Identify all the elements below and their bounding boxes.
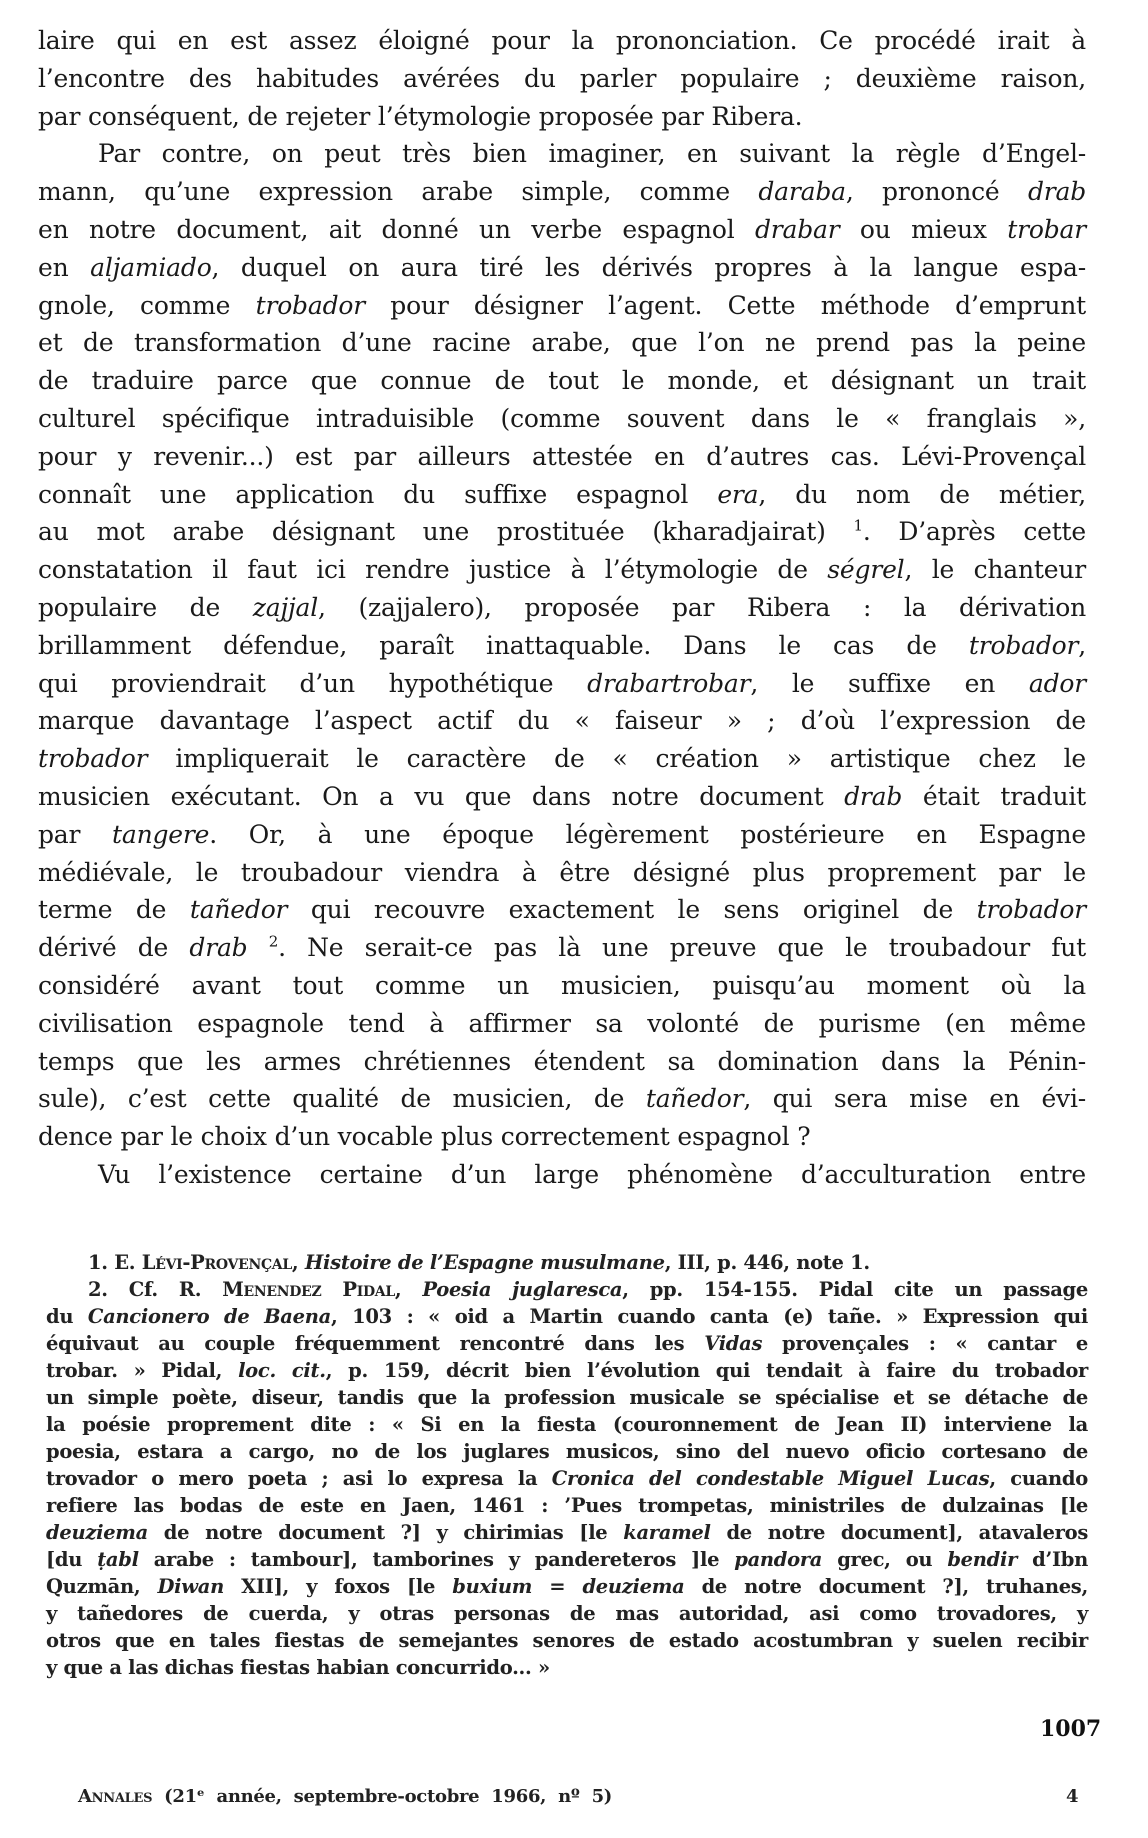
text-run: Vu l’existence certaine d’un large phéno… (98, 1160, 1086, 1189)
text-run: , 103 : « oid a Martin cuando canta (e) … (331, 1305, 1088, 1328)
text-line: qui proviendrait d’un hypothétique draba… (38, 665, 1086, 703)
text-run: , (395, 1278, 422, 1301)
text-run: , III, p. 446, note 1. (665, 1251, 870, 1274)
text-line: pour y revenir...) est par ailleurs atte… (38, 438, 1086, 476)
text-run: considéré avant tout comme un musicien, … (38, 971, 1086, 1000)
text-line: culturel spécifique intraduisible (comme… (38, 400, 1086, 438)
text-run: sule), c’est cette qualité de musicien, … (38, 1084, 646, 1113)
journal-issue-details: (21ᵉ année, septembre-octobre 1966, nº 5… (152, 1786, 612, 1807)
text-run: par conséquent, de rejeter l’étymologie … (38, 102, 802, 131)
footnote-line: poesia, estara a cargo, no de los juglar… (46, 1438, 1088, 1465)
text-line: de traduire parce que connue de tout le … (38, 362, 1086, 400)
footnote-line: 2. Cf. R. Menendez Pidal, Poesia juglare… (46, 1276, 1088, 1303)
document-page: laire qui en est assez éloigné pour la p… (0, 0, 1148, 1838)
text-run: la poésie proprement dite : « Si en la f… (46, 1413, 1088, 1436)
text-run: , le suffixe en (750, 669, 1029, 698)
text-run: . Ne serait-ce pas là une preuve que le … (278, 933, 1086, 962)
text-run: culturel spécifique intraduisible (comme… (38, 404, 1086, 433)
italic-term: pandora (734, 1548, 822, 1571)
italic-term: loc. cit. (238, 1359, 326, 1382)
text-run: , (292, 1251, 305, 1274)
italic-term: deuziema (46, 1521, 148, 1544)
text-line: au mot arabe désignant une prostituée (k… (38, 513, 1086, 551)
text-run: trovador o mero poeta ; asi lo expresa l… (46, 1467, 552, 1490)
text-run: constatation il faut ici rendre justice … (38, 555, 827, 584)
text-run: terme de (38, 895, 190, 924)
text-run: et de transformation d’une racine arabe,… (38, 328, 1086, 357)
text-line: par tangere. Or, à une époque légèrement… (38, 816, 1086, 854)
text-run: mann, qu’une expression arabe simple, co… (38, 177, 758, 206)
text-line: Vu l’existence certaine d’un large phéno… (38, 1156, 1086, 1194)
text-run: laire qui en est assez éloigné pour la p… (38, 26, 1086, 55)
text-run: de notre document ?] y chirimias [le (148, 1521, 623, 1544)
italic-term: Cronica del condestable Miguel Lucas (552, 1467, 990, 1490)
text-run: gnole, comme (38, 291, 256, 320)
text-run: grec, ou (822, 1548, 947, 1571)
text-run: du (46, 1305, 88, 1328)
text-run: connaît une application du suffixe espag… (38, 480, 717, 509)
text-line: sule), c’est cette qualité de musicien, … (38, 1080, 1086, 1118)
text-run: y tañedores de cuerda, y otras personas … (46, 1602, 1088, 1625)
text-line: dérivé de drab 2. Ne serait-ce pas là un… (38, 929, 1086, 967)
text-run: par (38, 820, 112, 849)
text-run: y que a las dichas fiestas habian concur… (46, 1656, 550, 1679)
text-line: civilisation espagnole tend à affirmer s… (38, 1005, 1086, 1043)
text-run: qui recouvre exactement le sens originel… (287, 895, 976, 924)
italic-term: trobador (38, 744, 147, 773)
text-run: civilisation espagnole tend à affirmer s… (38, 1009, 1086, 1038)
text-run: , (1078, 631, 1086, 660)
journal-name: Annales (78, 1786, 152, 1807)
page-number: 1007 (1040, 1716, 1101, 1742)
text-run: . D’après cette (863, 517, 1086, 546)
text-run: , duquel on aura tiré les dérivés propre… (212, 253, 1086, 282)
text-run: temps que les armes chrétiennes étendent… (38, 1047, 1086, 1076)
footnote-line: y que a las dichas fiestas habian concur… (46, 1654, 1088, 1681)
italic-term: karamel (623, 1521, 710, 1544)
text-run: en notre document, ait donné un verbe es… (38, 215, 755, 244)
text-line: considéré avant tout comme un musicien, … (38, 967, 1086, 1005)
footnote-line: [du ṭabl arabe : tambour], tamborines y … (46, 1546, 1088, 1573)
italic-term: drabar (755, 215, 840, 244)
text-run: populaire de (38, 593, 253, 622)
text-line: l’encontre des habitudes avérées du parl… (38, 60, 1086, 98)
text-run: au mot arabe désignant une prostituée (k… (38, 517, 853, 546)
italic-term: drabartrobar (587, 669, 750, 698)
text-run: l’encontre des habitudes avérées du parl… (38, 64, 1086, 93)
text-run: pour y revenir...) est par ailleurs atte… (38, 442, 1086, 471)
text-line: médiévale, le troubadour viendra à être … (38, 854, 1086, 892)
text-line: dence par le choix d’un vocable plus cor… (38, 1118, 1086, 1156)
text-run: en (38, 253, 90, 282)
text-run: impliquerait le caractère de « création … (147, 744, 1086, 773)
text-run: de notre document ?], truhanes, (684, 1575, 1088, 1598)
text-run: XII], y foxos [le (224, 1575, 452, 1598)
italic-term: Histoire de l’Espagne musulmane (305, 1251, 665, 1274)
text-run (247, 933, 268, 962)
text-run: musicien exécutant. On a vu que dans not… (38, 782, 844, 811)
italic-term: trobador (969, 631, 1078, 660)
footnote-line: refiere las bodas de este en Jaen, 1461 … (46, 1492, 1088, 1519)
text-run: . Or, à une époque légèrement postérieur… (209, 820, 1086, 849)
footnote-line: 1. E. Lévi-Provençal, Histoire de l’Espa… (46, 1249, 1088, 1276)
footnote-line: deuziema de notre document ?] y chirimia… (46, 1519, 1088, 1546)
text-run: 1. E. (88, 1251, 142, 1274)
italic-term: trobador (256, 291, 365, 320)
footnote-line: y tañedores de cuerda, y otras personas … (46, 1600, 1088, 1627)
italic-term: ségrel (827, 555, 904, 584)
footnote-line: équivaut au couple fréquemment rencontré… (46, 1330, 1088, 1357)
text-line: Par contre, on peut très bien imaginer, … (38, 135, 1086, 173)
italic-term: era (717, 480, 758, 509)
text-line: populaire de zajjal, (zajjalero), propos… (38, 589, 1086, 627)
italic-term: aljamiado (90, 253, 211, 282)
text-run: dence par le choix d’un vocable plus cor… (38, 1122, 810, 1151)
footnote-reference: 1 (853, 517, 862, 535)
text-run: Lévi-Provençal (142, 1251, 292, 1274)
footnote-line: Quzmān, Diwan XII], y foxos [le buxium =… (46, 1573, 1088, 1600)
text-run: d’Ibn (1017, 1548, 1088, 1571)
text-run: poesia, estara a cargo, no de los juglar… (46, 1440, 1088, 1463)
text-run: qui proviendrait d’un hypothétique (38, 669, 587, 698)
italic-term: Vidas (704, 1332, 762, 1355)
text-run: , p. 159, décrit bien l’évolution qui te… (326, 1359, 1088, 1382)
italic-term: ador (1029, 669, 1086, 698)
footnote-line: trovador o mero poeta ; asi lo expresa l… (46, 1465, 1088, 1492)
text-line: gnole, comme trobador pour désigner l’ag… (38, 287, 1086, 325)
italic-term: buxium = deuziema (452, 1575, 684, 1598)
text-run: Quzmān, (46, 1575, 158, 1598)
text-run: , prononcé (846, 177, 1028, 206)
text-line: brillamment défendue, paraît inattaquabl… (38, 627, 1086, 665)
italic-term: drab (1028, 177, 1086, 206)
text-run: était traduit (902, 782, 1086, 811)
text-line: musicien exécutant. On a vu que dans not… (38, 778, 1086, 816)
text-run: de notre document], atavaleros (711, 1521, 1088, 1544)
text-line: et de transformation d’une racine arabe,… (38, 324, 1086, 362)
footnotes: 1. E. Lévi-Provençal, Histoire de l’Espa… (46, 1249, 1088, 1681)
footnote-line: du Cancionero de Baena, 103 : « oid a Ma… (46, 1303, 1088, 1330)
footnote-line: la poésie proprement dite : « Si en la f… (46, 1411, 1088, 1438)
text-run: équivaut au couple fréquemment rencontré… (46, 1332, 704, 1355)
text-run: provençales : « cantar e (762, 1332, 1088, 1355)
italic-term: bendir (947, 1548, 1017, 1571)
text-run: pour désigner l’agent. Cette méthode d’e… (365, 291, 1086, 320)
text-line: connaît une application du suffixe espag… (38, 476, 1086, 514)
journal-footer: Annales (21ᵉ année, septembre-octobre 19… (78, 1786, 612, 1807)
text-run: , cuando (989, 1467, 1088, 1490)
text-line: en notre document, ait donné un verbe es… (38, 211, 1086, 249)
text-line: laire qui en est assez éloigné pour la p… (38, 22, 1086, 60)
italic-term: tañedor (646, 1084, 743, 1113)
text-line: constatation il faut ici rendre justice … (38, 551, 1086, 589)
text-run: , pp. 154-155. Pidal cite un passage (622, 1278, 1088, 1301)
italic-term: daraba (758, 177, 845, 206)
footnote-line: otros que en tales fiestas de semejantes… (46, 1627, 1088, 1654)
text-run: arabe : tambour], tamborines y panderete… (139, 1548, 735, 1571)
italic-term: trobar (1007, 215, 1086, 244)
text-run: ou mieux (839, 215, 1007, 244)
text-run: otros que en tales fiestas de semejantes… (46, 1629, 1088, 1652)
signature-mark: 4 (1066, 1786, 1079, 1807)
text-run: dérivé de (38, 933, 189, 962)
text-line: en aljamiado, duquel on aura tiré les dé… (38, 249, 1086, 287)
text-run: Menendez Pidal (222, 1278, 395, 1301)
text-line: trobador impliquerait le caractère de « … (38, 740, 1086, 778)
italic-term: drab (189, 933, 247, 962)
text-run: un simple poète, diseur, tandis que la p… (46, 1386, 1088, 1409)
italic-term: tangere (112, 820, 209, 849)
text-run: brillamment défendue, paraît inattaquabl… (38, 631, 969, 660)
text-run: [du (46, 1548, 97, 1571)
italic-term: tañedor (190, 895, 287, 924)
italic-term: Poesia juglaresca (422, 1278, 622, 1301)
text-run: refiere las bodas de este en Jaen, 1461 … (46, 1494, 1088, 1517)
text-line: marque davantage l’aspect actif du « fai… (38, 702, 1086, 740)
text-line: par conséquent, de rejeter l’étymologie … (38, 98, 1086, 136)
italic-term: trobador (977, 895, 1086, 924)
text-line: terme de tañedor qui recouvre exactement… (38, 891, 1086, 929)
text-run: trobar. » Pidal, (46, 1359, 238, 1382)
text-run: , qui sera mise en évi- (743, 1084, 1086, 1113)
text-line: mann, qu’une expression arabe simple, co… (38, 173, 1086, 211)
text-run: médiévale, le troubadour viendra à être … (38, 858, 1086, 887)
text-line: temps que les armes chrétiennes étendent… (38, 1043, 1086, 1081)
main-text-body: laire qui en est assez éloigné pour la p… (38, 22, 1086, 1194)
text-run: , du nom de métier, (758, 480, 1086, 509)
text-run: , (zajjalero), proposée par Ribera : la … (318, 593, 1086, 622)
text-run: de traduire parce que connue de tout le … (38, 366, 1086, 395)
text-run: 2. Cf. R. (88, 1278, 222, 1301)
italic-term: ṭabl (97, 1548, 139, 1571)
footnote-line: un simple poète, diseur, tandis que la p… (46, 1384, 1088, 1411)
text-run: Par contre, on peut très bien imaginer, … (98, 139, 1086, 168)
italic-term: Diwan (158, 1575, 224, 1598)
footnote-line: trobar. » Pidal, loc. cit., p. 159, décr… (46, 1357, 1088, 1384)
footnote-reference: 2 (269, 933, 278, 951)
text-run: marque davantage l’aspect actif du « fai… (38, 706, 1086, 735)
italic-term: drab (844, 782, 902, 811)
italic-term: Cancionero de Baena (88, 1305, 331, 1328)
italic-term: zajjal (253, 593, 318, 622)
text-run: , le chanteur (904, 555, 1086, 584)
